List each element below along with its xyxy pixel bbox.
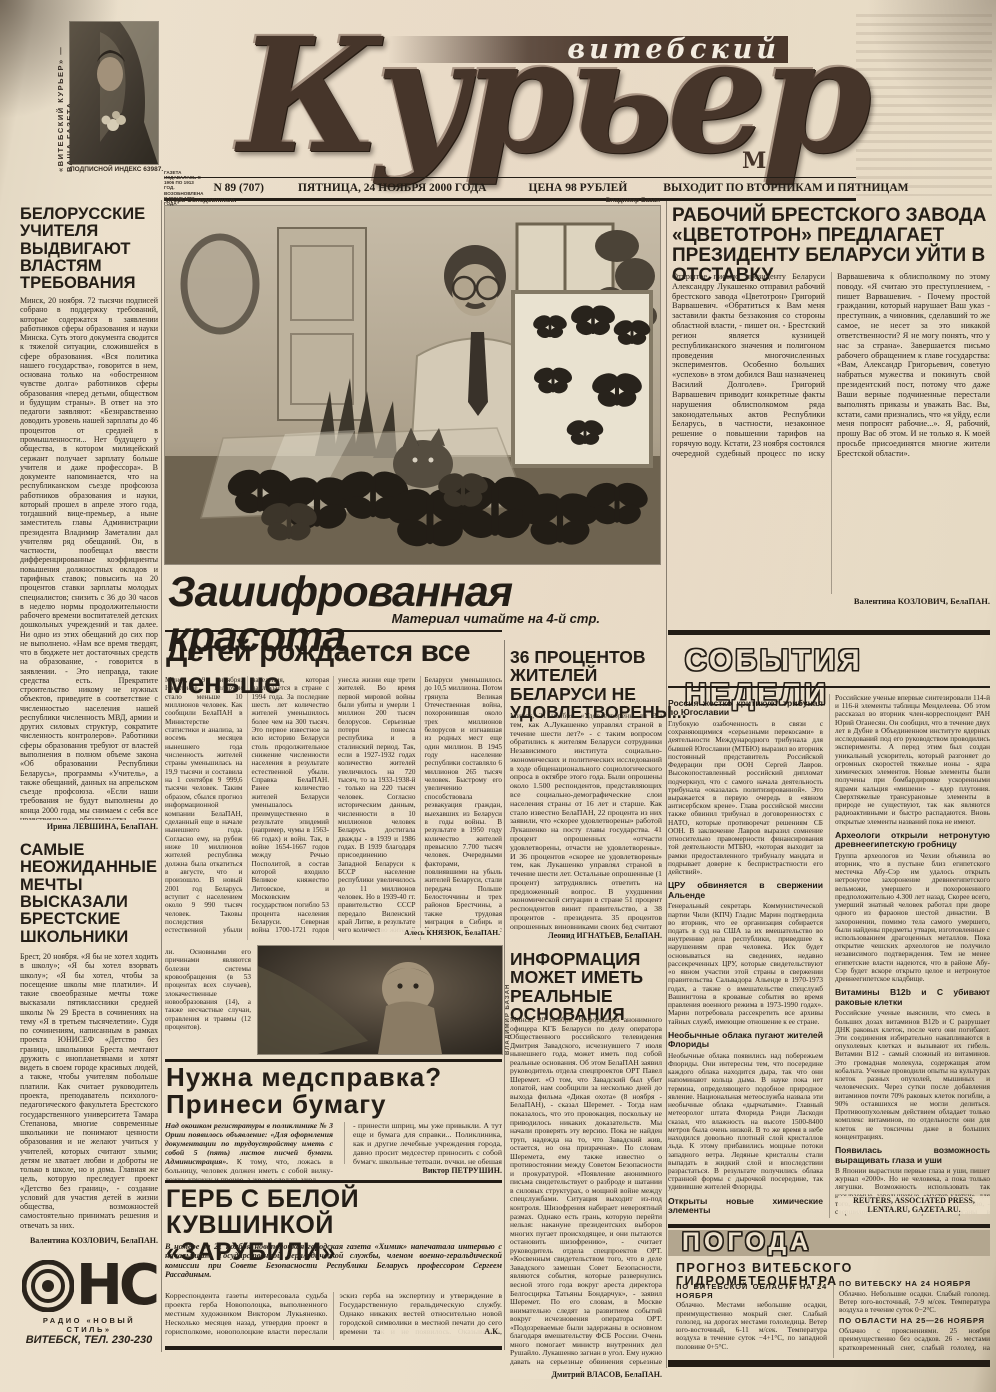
event-text: Российские ученые выяснили, что смесь в …: [835, 1009, 990, 1141]
article-dreams-body: Брест, 20 ноября. «Я бы не хотел ходить …: [20, 952, 158, 1234]
article-births-body: Минск, 9 ноября. Население Беларуси стал…: [165, 676, 502, 940]
rule-births-top: [165, 630, 502, 632]
event-text: Глубокую озабоченность в связи с сохраня…: [668, 720, 823, 876]
event-text: Российские ученые впервые синтезировали …: [835, 694, 990, 826]
article-dreams-title: САМЫЕ НЕОЖИДАННЫЕ МЕЧТЫ ВЫСКАЗАЛИ БРЕСТС…: [20, 842, 158, 946]
publication-schedule: ВЫХОДИТ ПО ВТОРНИКАМ И ПЯТНИЦАМ: [663, 182, 908, 194]
ink-bleedthrough: [856, 14, 992, 196]
article-med-title: Нужна медсправка? Принеси бумагу: [166, 1064, 503, 1119]
masthead-trademark: М: [742, 148, 766, 174]
masthead-title: Курьер: [238, 18, 818, 176]
event-heading: Необычные облака пугают жителей Флориды: [668, 1031, 823, 1050]
event-heading: Появилась возможность выращивать глаза и…: [835, 1146, 990, 1165]
weather-block: ПО ВИТЕБСКУ НА 24 НОЯБРЯ Облачно. Неболь…: [839, 1280, 990, 1314]
event-item: Витамины В12b и С убивают раковые клетки…: [835, 988, 990, 1141]
event-heading: Археологи открыли нетронутую древнеегипе…: [835, 831, 990, 850]
photo-credit-left: Игорь Солодовников.: [166, 197, 236, 204]
column-divider-1: [161, 200, 162, 1352]
article-percent-byline: Леонид ИГНАТЬЕВ, БелаПАН.: [510, 931, 662, 940]
event-item: Россия жестко критикует трибунал по Югос…: [668, 699, 823, 876]
newspaper-page: «ВИТЕБСКИЙ КУРЬЕР» — ВАША ГАЗЕТА ПОДПИСН…: [0, 0, 996, 1392]
article-med-title-line1: Нужна медсправка?: [166, 1064, 503, 1091]
event-item: ЦРУ обвиняется в свержении Альенде Генер…: [668, 881, 823, 1025]
article-med-byline: Виктор ПЕТРУШИН.: [344, 1166, 502, 1175]
rule-events-header-bottom: [668, 686, 990, 688]
events-sources: REUTERS, ASSOCIATED PRESS, LENTA.RU, GAZ…: [838, 1196, 990, 1214]
rule-gerb-top: [165, 1180, 502, 1183]
weather-block-heading: ПО ВИТЕБСКУ НА 24 НОЯБРЯ: [839, 1280, 990, 1289]
article-dreams-byline: Валентина КОЗЛОВИЧ, БелаПАН.: [20, 1236, 158, 1245]
event-item: Необычные облака пугают жителей Флориды …: [668, 1031, 823, 1192]
scan-shadow-top-right: [856, 0, 996, 120]
rule-gerb-bottom: [165, 1346, 502, 1350]
radio-name: РАДИО «НОВЫЙ СТИЛЬ»: [20, 1316, 158, 1334]
butterfly-photo: [165, 206, 660, 564]
baby-photo: [258, 946, 502, 1054]
butterfly-photo-art: [165, 206, 660, 564]
weather-block-heading: ПО ВИТЕБСКОЙ ОБЛАСТИ НА 24 НОЯБРЯ: [676, 1283, 827, 1300]
weather-block-text: Облачно. Местами небольшие осадки, преим…: [676, 1301, 827, 1350]
subscription-index: ПОДПИСНОЙ ИНДЕКС 63987.: [70, 166, 170, 173]
issue-number: N 89 (707): [213, 182, 263, 194]
radio-disc-icon: [22, 1260, 74, 1312]
event-heading: Витамины В12b и С убивают раковые клетки: [835, 988, 990, 1007]
baby-photo-art: [258, 946, 502, 1054]
weather-header-bar: ПОГОДА: [668, 1230, 990, 1256]
issue-date: ПЯТНИЦА, 24 НОЯБРЯ 2000 ГОДА: [298, 182, 487, 194]
article-info-byline: Дмитрий ВЛАСОВ, БелаПАН.: [510, 1370, 662, 1379]
event-item: Археологи открыли нетронутую древнеегипе…: [835, 831, 990, 984]
dateline-bar: ГАЗЕТА ИЗДАВАЛАСЬ С 1906 ПО 1913 ГОД.ВОЗ…: [164, 177, 856, 201]
article-gerb-byline: А.К.: [380, 1327, 500, 1336]
radio-ad: НС РАДИО «НОВЫЙ СТИЛЬ» ВИТЕБСК, ТЕЛ. 230…: [20, 1258, 158, 1346]
issue-price: ЦЕНА 98 РУБЛЕЙ: [529, 182, 628, 194]
event-text: Необычные облака появились над побережье…: [668, 1052, 823, 1192]
article-teachers-byline: Ирина ЛЕВШИНА, БелаПАН.: [20, 822, 158, 831]
article-percent-title: 36 ПРОЦЕНТОВ ЖИТЕЛЕЙ БЕЛАРУСИ НЕ УДОВЛЕТ…: [510, 648, 662, 722]
photo-credit-right: Владимир Базан: [560, 197, 660, 204]
article-med-title-line2: Принеси бумагу: [166, 1091, 503, 1118]
bride-photo: [70, 22, 158, 164]
radio-phone: ВИТЕБСК, ТЕЛ. 230-230: [20, 1334, 158, 1346]
event-heading: Россия жестко критикует трибунал по Югос…: [668, 699, 823, 718]
article-info-body: Минск, 20 ноября. Информация анонимного …: [510, 1016, 662, 1368]
rule-weather-bottom: [668, 1360, 990, 1367]
events-columns: Россия жестко критикует трибунал по Югос…: [668, 694, 990, 1218]
event-text: Генеральный секретарь Коммунистической п…: [668, 902, 823, 1026]
article-info-title: ИНФОРМАЦИЯ МОЖЕТ ИМЕТЬ РЕАЛЬНЫЕ ОСНОВАНИ…: [510, 950, 662, 1024]
article-teachers-body: Минск, 20 ноября. 72 тысячи подписей соб…: [20, 296, 158, 820]
weather-block-heading: ПО ОБЛАСТИ НА 25—26 НОЯБРЯ: [839, 1317, 990, 1326]
article-med-lead: Над окошком регистратуры в поликлинике №…: [165, 1122, 333, 1180]
bride-photo-art: [70, 22, 158, 164]
weather-header: ПОГОДА: [682, 1228, 812, 1257]
article-worker-body: Открытое письмо президенту Беларуси Алек…: [672, 272, 990, 594]
article-worker-byline: Валентина КОЗЛОВИЧ, БелаПАН.: [840, 596, 990, 606]
article-med-body-right: - принести шприц, мы уже привыкли. А тут…: [344, 1122, 502, 1164]
radio-logo: НС: [76, 1258, 156, 1314]
event-heading: ЦРУ обвиняется в свержении Альенде: [668, 881, 823, 900]
feature-note: Материал читайте на 4-й стр.: [360, 612, 660, 626]
event-text: Группа археологов из Чехии объявила во в…: [835, 852, 990, 984]
article-gerb-lead: В номере за 21 ноября новополоцкая город…: [165, 1242, 502, 1288]
weather-block: ПО ВИТЕБСКОЙ ОБЛАСТИ НА 24 НОЯБРЯ Облачн…: [676, 1283, 827, 1351]
article-births-byline: Алесь КНЯЗЮК, БелаПАН.: [380, 928, 500, 937]
article-teachers-title: БЕЛОРУССКИЕ УЧИТЕЛЯ ВЫДВИГАЮТ ВЛАСТЯМ ТР…: [20, 206, 158, 293]
article-births-body-tail: ли. Основными его причинами являются бол…: [165, 948, 251, 1054]
article-percent-body: Минск, 21 ноября. «Удовлетворены ли Вы т…: [510, 712, 662, 930]
rule-events-top: [668, 630, 990, 635]
weather-columns: ПО ВИТЕБСКОЙ ОБЛАСТИ НА 24 НОЯБРЯ Облачн…: [676, 1280, 990, 1358]
weather-block-text: Облачно. Небольшие осадки. Слабый гололе…: [839, 1290, 990, 1315]
column-divider-3: [666, 200, 667, 1368]
event-heading: Открыты новые химические элементы: [668, 1197, 823, 1216]
